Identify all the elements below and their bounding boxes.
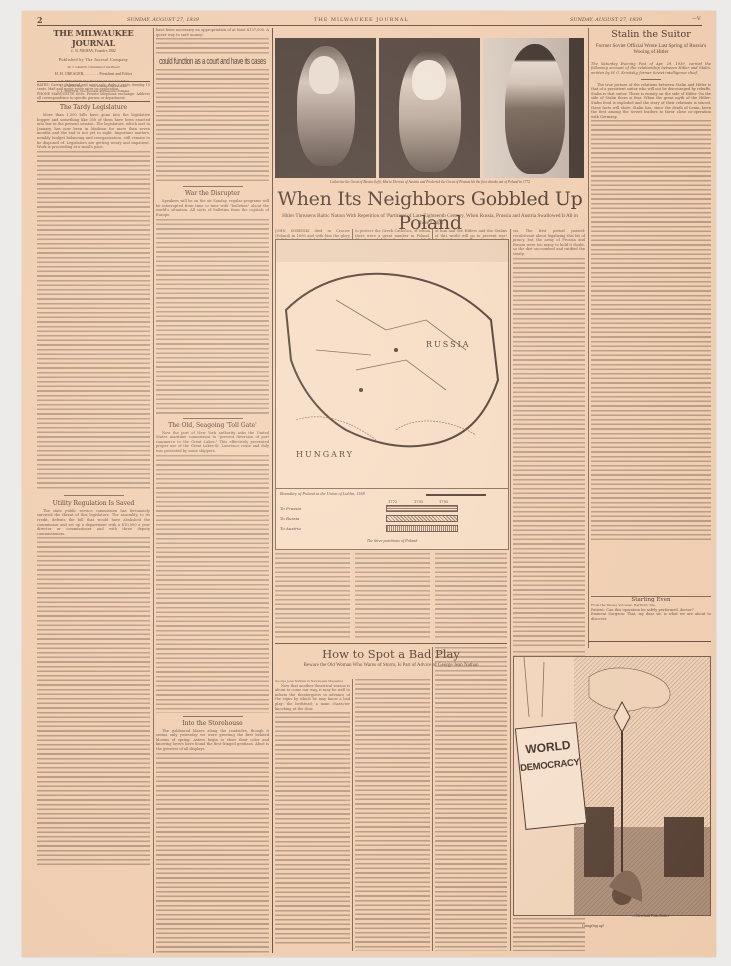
editorial-column-2: have been necessary an appropriation of … [156,28,269,953]
column-rule [352,679,353,951]
sign-line-2: DEMOCRACY [519,757,580,774]
story-divider [275,643,507,644]
bad-play-byline: George Jean Nathan in Newsweek Magazine [275,679,350,684]
phone-notice: PHONE MARQUETTE 6000. Private telephone … [37,92,150,100]
editorial-heading-war: War the Disrupter [156,190,269,197]
main-story-cont-3 [435,553,507,639]
masthead-rule [37,81,150,82]
carryover-lead: have been necessary an appropriation of … [156,28,269,37]
section-divider [183,186,243,187]
map-label-hungary: HUNGARY [296,450,354,459]
bar-austria [386,525,458,532]
editorial-text-block [156,219,269,415]
section-divider [183,716,243,717]
filler-starting-even: Starting Even From the Wesley Voicenet, … [591,597,711,637]
sign-line-1: WORLD [517,737,578,757]
column-rule [510,229,511,649]
sidebar-divider [641,79,661,80]
newspaper-spread: 2 SUNDAY, AUGUST 27, 1939 THE MILWAUKEE … [22,11,716,957]
section-divider [183,418,243,419]
left-dateline: SUNDAY, AUGUST 27, 1939 [127,17,199,23]
photo-edge [569,38,584,178]
editorial-lead: More than 1,500 bills have gone into the… [37,113,150,150]
main-story-text: viz. The first period passed: recalcitra… [513,229,585,257]
sidebar-lead: The true picture of the relations betwee… [591,83,711,120]
photo-caption: Catherine the Great of Russia (left), Ma… [275,180,585,184]
cartoon-caption: Gangling up! [582,923,604,928]
partition-title: The three partitions of Poland [276,538,508,543]
editorial-text-block [156,69,269,183]
editorial-lead: Speakers will be on the air Sunday, regu… [156,199,269,217]
main-story-jump-col [435,647,507,951]
editorial-heading-utility: Utility Regulation Is Saved [37,500,150,507]
photo-catherine [275,38,376,178]
photo-maria-theresa [379,38,480,178]
sidebar-text-block [591,120,711,540]
editorial-text-block [156,753,269,953]
main-subhead: Hitler Threatens Baltic Nation With Repe… [280,213,580,226]
poland-map: RUSSIA HUNGARY [275,239,509,489]
right-dateline: SUNDAY, AUGUST 27, 1939 [570,17,642,23]
editorial-text-block [156,455,269,713]
editorial-lead: The goldenrod blazes along the roadsides… [156,729,269,752]
bad-play-lead: Now that another theatrical season is ab… [275,684,350,712]
masthead-staff-0: M. J. GRANT, Chairman of the Board [37,65,150,69]
editorial-body-utility: The state public service commission has … [37,509,150,537]
partition-legend: Boundary of Poland at the Union of Lubli… [275,489,509,550]
display-line: could function as a court and have its c… [156,56,269,67]
editorial-lead: The state public service commission has … [37,509,150,537]
main-story-cont-2 [355,553,430,639]
column-rule [510,647,511,951]
editorial-body-tardy: More than 1,500 bills have gone into the… [37,113,150,150]
democracy-sign: WORLD DEMOCRACY [515,722,587,830]
bar-prussia [386,505,458,512]
boundary-caption: Boundary of Poland at the Union of Lubli… [280,491,365,496]
carryover-text: have been necessary an appropriation of … [156,28,269,37]
bad-play-col-2 [355,679,430,951]
bar-russia [386,515,458,522]
editorial-body-war: Speakers will be on the air Sunday, regu… [156,199,269,217]
masthead-publisher: Published by The Journal Company [37,57,150,62]
editorial-lead: Now the port of New York authority asks … [156,431,269,454]
legend-russia: To Russia [280,516,299,521]
editorial-text-block [156,38,269,54]
header-rule [37,25,702,26]
main-story-col-4: viz. The first period passed: recalcitra… [513,229,585,649]
masthead-notices: RATES: Carrier delivered and news sale, … [37,83,150,101]
main-headline: When Its Neighbors Gobbled Up Poland [275,187,585,235]
column-rule [588,28,589,648]
sidebar-stalin: Stalin the Suitor Former Soviet Official… [591,28,711,628]
cartoon-credit: —Cleveland Plain Dealer [632,914,669,918]
masthead-staff-1: H. H. CREAGER, . . . . . . . President a… [37,71,150,76]
section-divider [64,495,124,496]
story-text-block [275,712,350,944]
boundary-line-key [426,494,486,496]
main-story-cont-1 [275,553,350,639]
right-page-number: —V [692,16,701,22]
story-text-block [513,258,585,648]
portrait-face [309,56,339,94]
masthead-rule-bottom [37,101,150,102]
masthead-title: THE MILWAUKEE JOURNAL [37,28,150,48]
year-1793: 1793 [414,500,423,504]
left-page-number: 2 [37,15,44,25]
sidebar-intro: The Saturday Evening Post of Apr. 29, 19… [591,62,711,76]
editorial-heading-storehouse: Into the Storehouse [156,720,269,727]
year-1795: 1795 [439,500,448,504]
rates-notice: RATES: Carrier delivered and news sale, … [37,83,150,91]
editorial-heading-tollgate: The Old, Seagoing 'Toll Gate' [156,422,269,429]
editorial-text-block [37,151,150,491]
page-gutter-rule [272,28,273,953]
map-label-russia: RUSSIA [426,340,471,349]
sidebar-subhead: Former Soviet Official Wrote Last Spring… [591,43,711,56]
editorial-column-1: The Tardy Legislature More than 1,500 bi… [37,104,150,949]
masthead-founder: L. W. NIEMAN, Founder, 1882 [37,49,150,53]
right-folio: THE MILWAUKEE JOURNAL [314,17,409,23]
bad-play-col-1: George Jean Nathan in Newsweek Magazine … [275,679,350,951]
column-rule [432,647,433,951]
legend-prussia: To Prussia [280,506,301,511]
legend-austria: To Austria [280,526,301,531]
year-1772: 1772 [388,500,397,504]
portrait-face [412,60,446,100]
photo-frederick [483,38,584,178]
editorial-body-storehouse: The goldenrod blazes along the roadsides… [156,729,269,752]
sidebar-headline: Stalin the Suitor [591,29,711,40]
cartoon-rule [588,641,711,642]
editorial-body-tollgate: Now the port of New York authority asks … [156,431,269,454]
sidebar-body: The true picture of the relations betwee… [591,83,711,120]
editorial-cartoon: WORLD DEMOCRACY [513,656,711,916]
filler-a: Eminent Surgeon: That, my dear sir, is w… [591,612,711,621]
column-rule [153,28,154,953]
editorial-heading-tardy: The Tardy Legislature [37,104,150,111]
editorial-text-block [37,537,150,867]
portrait-figure [505,44,565,174]
